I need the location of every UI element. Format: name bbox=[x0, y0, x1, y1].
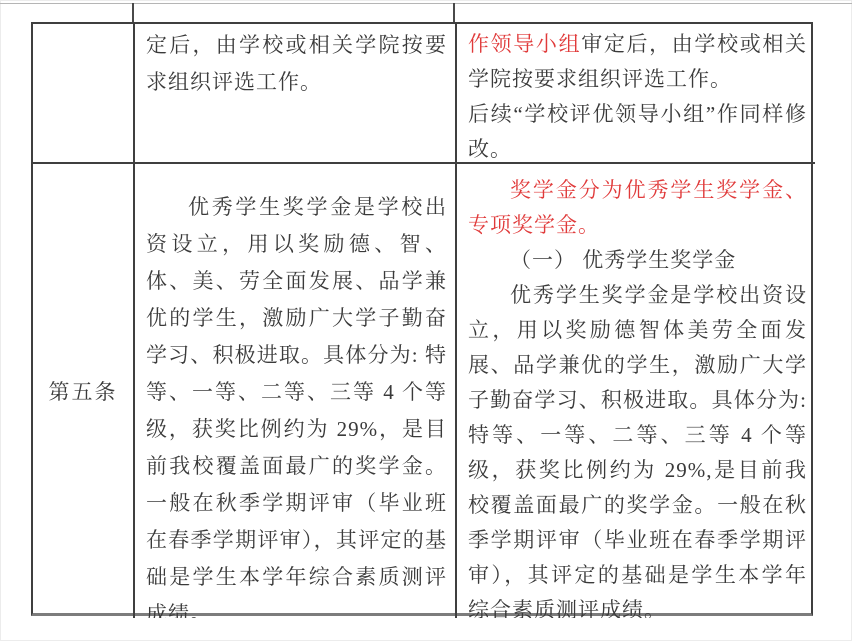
revision-comparison-table: 定后，由学校或相关学院按要求组织评选工作。 作领导小组审定后，由学校或相关学院按… bbox=[31, 22, 813, 616]
column-divider-stub-right bbox=[453, 3, 455, 23]
red-revision-text: 奖学金分为优秀学生奖学金、专项奖学金。 bbox=[468, 173, 807, 243]
revised-subheading: （一） 优秀学生奖学金 bbox=[468, 243, 807, 278]
original-text-cell-row1: 定后，由学校或相关学院按要求组织评选工作。 bbox=[135, 24, 457, 164]
original-text-cell-row2: 优秀学生奖学金是学校出资设立，用以奖励德、智、体、美、劳全面发展、品学兼优的学生… bbox=[135, 164, 457, 618]
column-divider-stub-left bbox=[132, 3, 134, 23]
original-paragraph: 定后，由学校或相关学院按要求组织评选工作。 bbox=[146, 27, 447, 101]
document-page: 定后，由学校或相关学院按要求组织评选工作。 作领导小组审定后，由学校或相关学院按… bbox=[0, 0, 852, 641]
revised-paragraph: 优秀学生奖学金是学校出资设立，用以奖励德智体美劳全面发展、品学兼优的学生，激励广… bbox=[468, 278, 807, 618]
revised-text-cell-row2: 奖学金分为优秀学生奖学金、专项奖学金。 （一） 优秀学生奖学金 优秀学生奖学金是… bbox=[457, 164, 815, 618]
article-number-label: 第五条 bbox=[49, 376, 118, 406]
revised-paragraph: 作领导小组审定后，由学校或相关学院按要求组织评选工作。 bbox=[468, 27, 807, 97]
article-label-cell-row1 bbox=[33, 24, 135, 164]
revised-text-cell-row1: 作领导小组审定后，由学校或相关学院按要求组织评选工作。 后续“学校评优领导小组”… bbox=[457, 24, 815, 164]
cropped-row-rule bbox=[0, 3, 852, 4]
revision-note: 后续“学校评优领导小组”作同样修改。 bbox=[468, 97, 807, 164]
article-label-cell-row2: 第五条 bbox=[33, 164, 135, 618]
red-revision-text: 作领导小组 bbox=[468, 32, 581, 56]
original-paragraph: 优秀学生奖学金是学校出资设立，用以奖励德、智、体、美、劳全面发展、品学兼优的学生… bbox=[146, 189, 447, 618]
